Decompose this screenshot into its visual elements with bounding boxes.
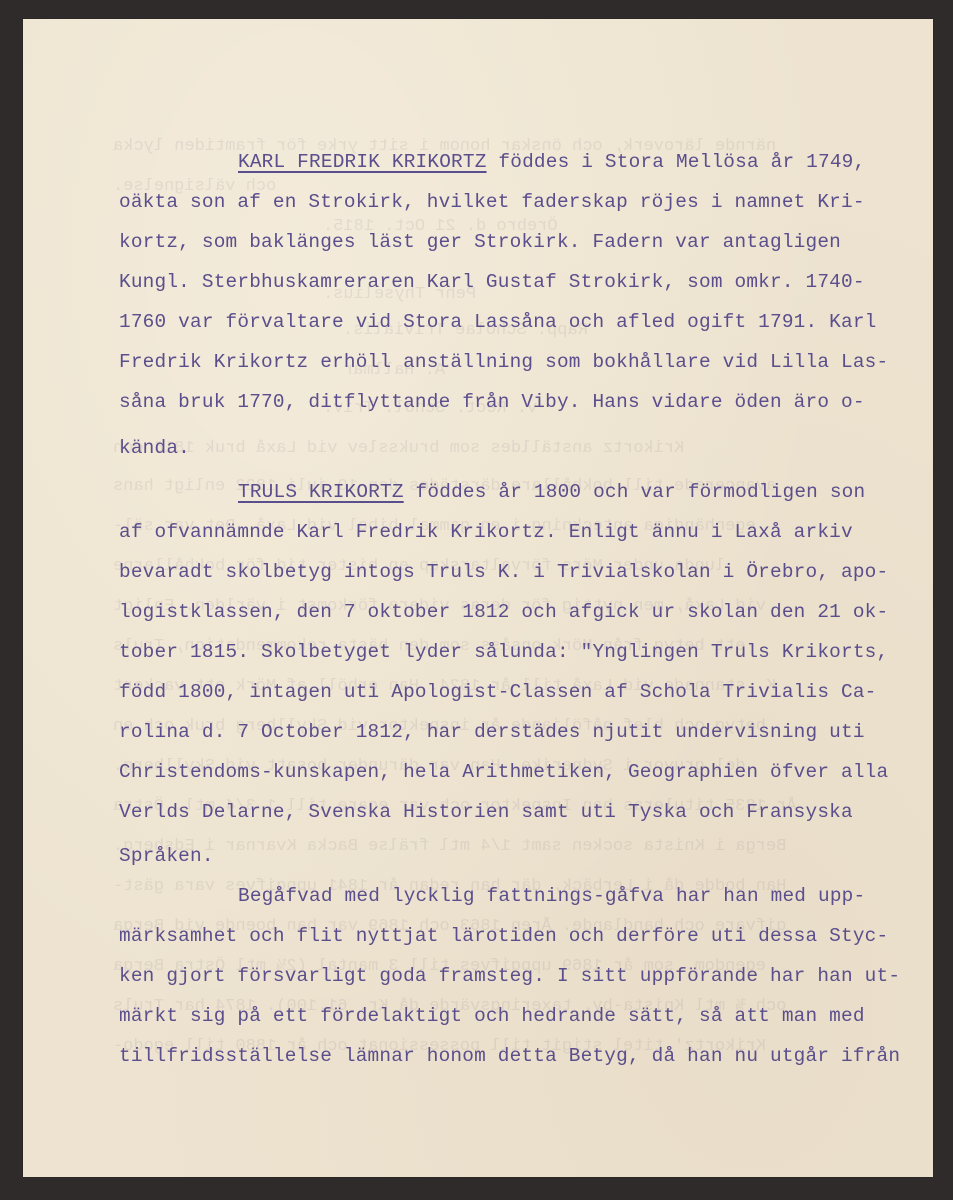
- text-line: Begåfvad med lycklig fattnings-gåfva har…: [238, 884, 865, 908]
- text-line: ken gjort försvarligt goda framsteg. I s…: [119, 964, 900, 988]
- line-text: Fredrik Krikortz erhöll anställning som …: [119, 351, 888, 373]
- line-text: kända.: [119, 437, 190, 459]
- line-text: af ofvannämnde Karl Fredrik Krikortz. En…: [119, 521, 853, 543]
- text-line: såna bruk 1770, ditflyttande från Viby. …: [119, 390, 865, 414]
- document-page: närnde läroverk, och önskar honom i sitt…: [23, 19, 933, 1177]
- underlined-name: KARL FREDRIK KRIKORTZ: [238, 151, 487, 173]
- line-text: föddes år 1800 och var förmodligen son: [404, 481, 866, 503]
- text-line: tillfridsställelse lämnar honom detta Be…: [119, 1044, 900, 1068]
- text-line: logistklassen, den 7 oktober 1812 och af…: [119, 600, 888, 624]
- text-line: märksamhet och flit nyttjat lärotiden oc…: [119, 924, 888, 948]
- text-line: Verlds Delarne, Svenska Historien samt u…: [119, 800, 853, 824]
- text-line: tober 1815. Skolbetyget lyder sålunda: "…: [119, 640, 888, 664]
- line-text: logistklassen, den 7 oktober 1812 och af…: [119, 601, 888, 623]
- text-line: Fredrik Krikortz erhöll anställning som …: [119, 350, 888, 374]
- text-line: märkt sig på ett fördelaktigt och hedran…: [119, 1004, 865, 1028]
- line-text: tober 1815. Skolbetyget lyder sålunda: "…: [119, 641, 888, 663]
- line-text: Begåfvad med lycklig fattnings-gåfva har…: [238, 885, 865, 907]
- line-text: 1760 var förvaltare vid Stora Lassåna oc…: [119, 311, 877, 333]
- text-line: KARL FREDRIK KRIKORTZ föddes i Stora Mel…: [238, 150, 865, 174]
- line-text: Språken.: [119, 845, 214, 867]
- text-line: 1760 var förvaltare vid Stora Lassåna oc…: [119, 310, 877, 334]
- line-text: ken gjort försvarligt goda framsteg. I s…: [119, 965, 900, 987]
- line-text: bevaradt skolbetyg intogs Truls K. i Tri…: [119, 561, 888, 583]
- line-text: Verlds Delarne, Svenska Historien samt u…: [119, 801, 853, 823]
- text-line: rolina d. 7 October 1812, har derstädes …: [119, 720, 865, 744]
- text-line: Kungl. Sterbhuskamreraren Karl Gustaf St…: [119, 270, 865, 294]
- text-line: bevaradt skolbetyg intogs Truls K. i Tri…: [119, 560, 888, 584]
- line-text: märkt sig på ett fördelaktigt och hedran…: [119, 1005, 865, 1027]
- line-text: oäkta son af en Strokirk, hvilket faders…: [119, 191, 865, 213]
- text-line: Christendoms-kunskapen, hela Arithmetike…: [119, 760, 888, 784]
- line-text: kortz, som baklänges läst ger Strokirk. …: [119, 231, 841, 253]
- line-text: föddes i Stora Mellösa år 1749,: [487, 151, 866, 173]
- line-text: född 1800, intagen uti Apologist-Classen…: [119, 681, 877, 703]
- text-line: kortz, som baklänges läst ger Strokirk. …: [119, 230, 841, 254]
- line-text: rolina d. 7 October 1812, har derstädes …: [119, 721, 865, 743]
- line-text: märksamhet och flit nyttjat lärotiden oc…: [119, 925, 888, 947]
- line-text: Christendoms-kunskapen, hela Arithmetike…: [119, 761, 888, 783]
- text-line: TRULS KRIKORTZ föddes år 1800 och var fö…: [238, 480, 865, 504]
- line-text: tillfridsställelse lämnar honom detta Be…: [119, 1045, 900, 1067]
- text-line: oäkta son af en Strokirk, hvilket faders…: [119, 190, 865, 214]
- line-text: såna bruk 1770, ditflyttande från Viby. …: [119, 391, 865, 413]
- text-line: Språken.: [119, 844, 214, 868]
- line-text: Kungl. Sterbhuskamreraren Karl Gustaf St…: [119, 271, 865, 293]
- underlined-name: TRULS KRIKORTZ: [238, 481, 404, 503]
- text-line: kända.: [119, 436, 190, 460]
- text-line: af ofvannämnde Karl Fredrik Krikortz. En…: [119, 520, 853, 544]
- text-line: född 1800, intagen uti Apologist-Classen…: [119, 680, 877, 704]
